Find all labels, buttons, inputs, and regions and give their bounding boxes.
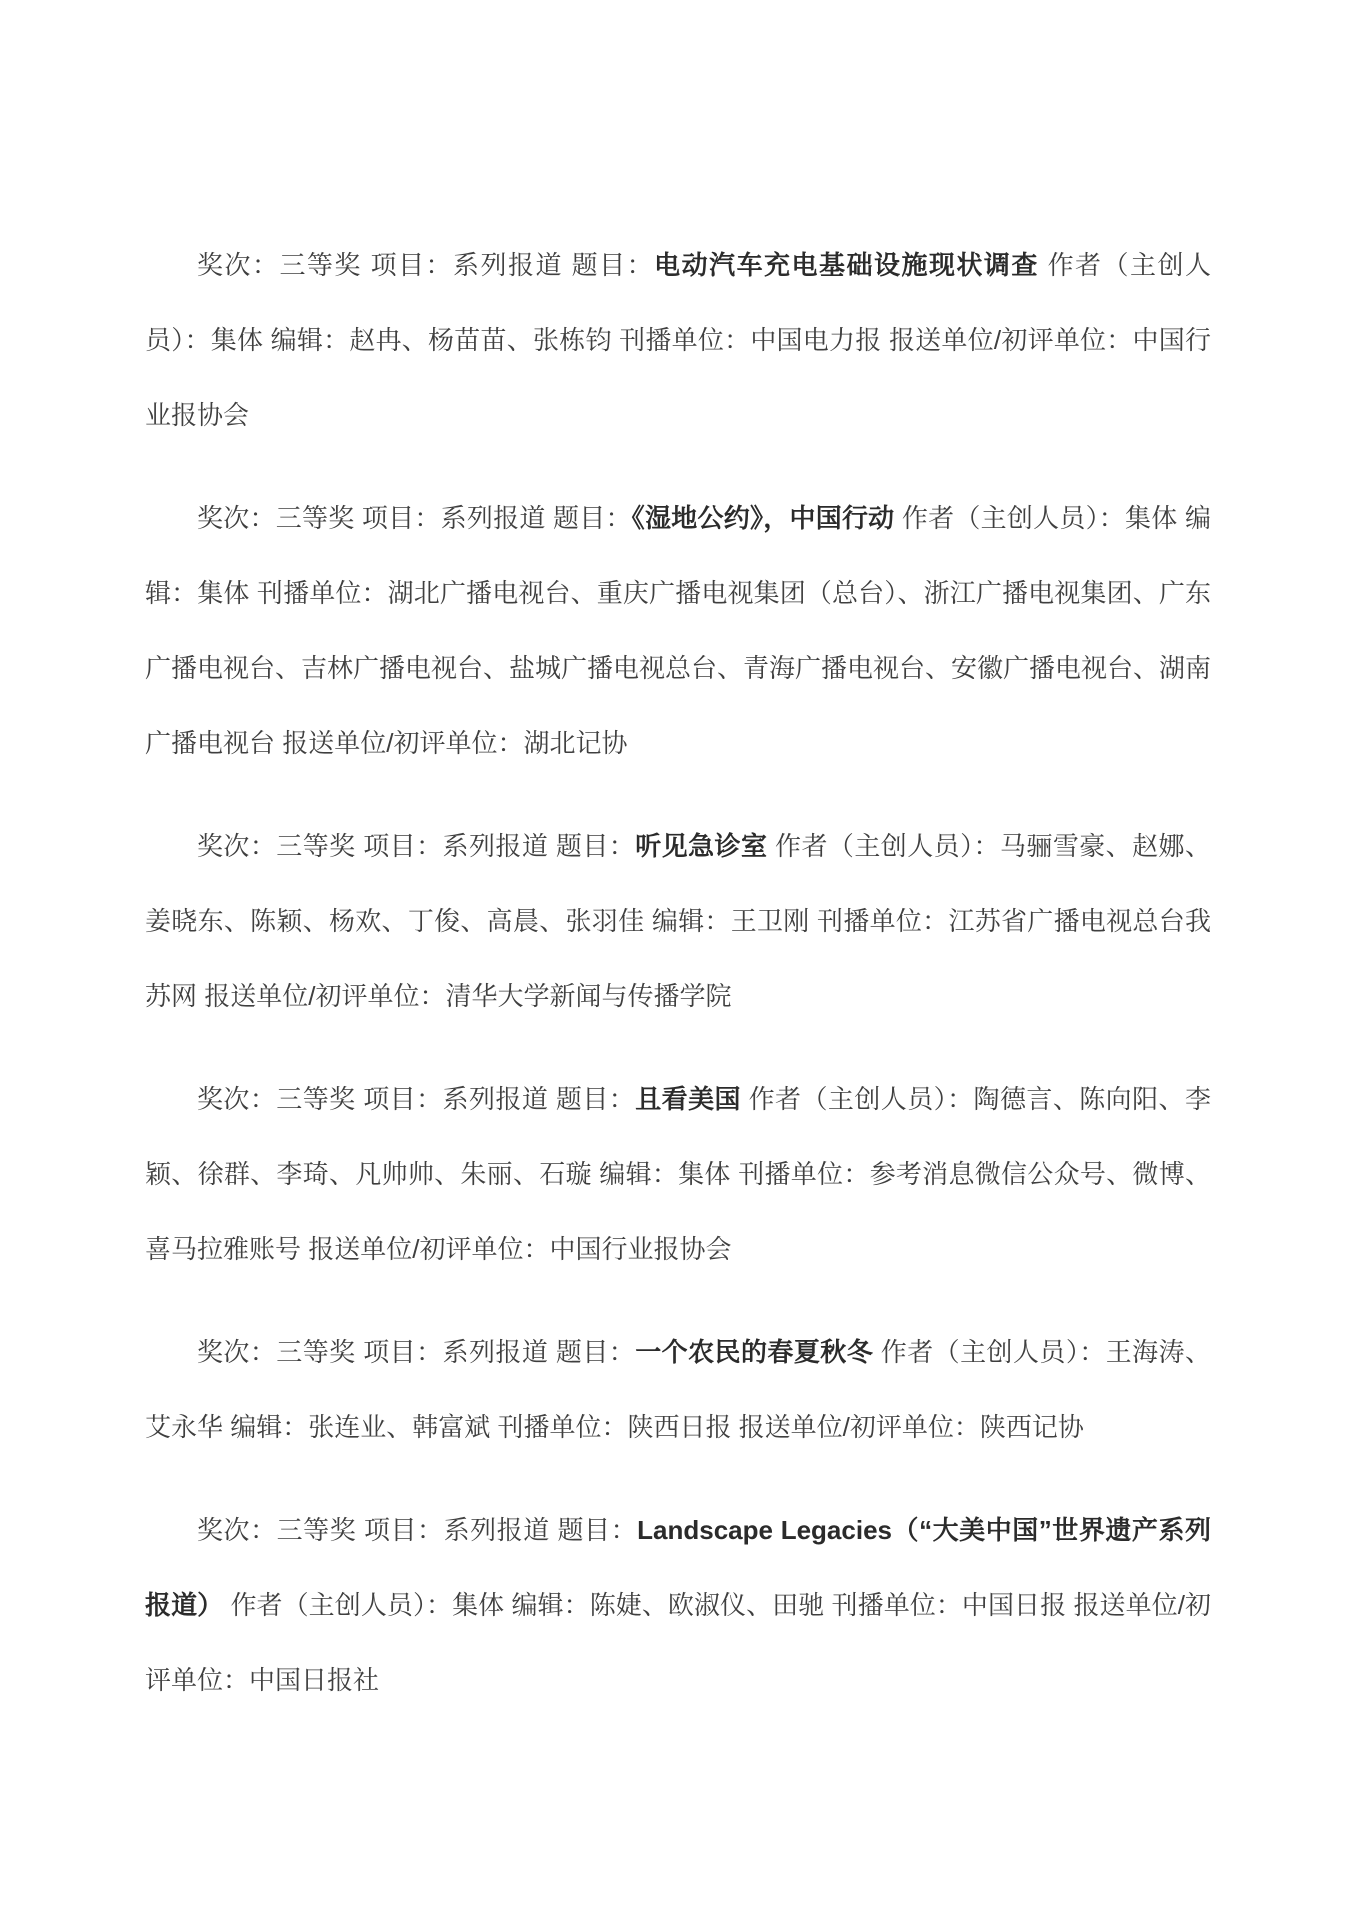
award-title-text: 《湿地公约》，中国行动: [632, 503, 895, 533]
award-entry-text: 奖次：三等奖 项目：系列报道 题目：: [197, 503, 632, 533]
award-title-text: 一个农民的春夏秋冬: [635, 1337, 873, 1367]
award-entry-text: 奖次：三等奖 项目：系列报道 题目：: [197, 1515, 637, 1545]
award-entry: 奖次：三等奖 项目：系列报道 题目：听见急诊室 作者（主创人员）：马骊雪豪、赵娜…: [145, 809, 1211, 1034]
award-entry: 奖次：三等奖 项目：系列报道 题目：Landscape Legacies（“大美…: [145, 1493, 1211, 1718]
award-entry-text: 奖次：三等奖 项目：系列报道 题目：: [197, 250, 654, 280]
award-entry: 奖次：三等奖 项目：系列报道 题目：一个农民的春夏秋冬 作者（主创人员）：王海涛…: [145, 1315, 1211, 1465]
document-page: 奖次：三等奖 项目：系列报道 题目：电动汽车充电基础设施现状调查 作者（主创人员…: [0, 0, 1350, 1910]
award-entry-text: 作者（主创人员）：集体 编辑：集体 刊播单位：湖北广播电视台、重庆广播电视集团（…: [145, 503, 1211, 758]
award-entry-text: 奖次：三等奖 项目：系列报道 题目：: [197, 1084, 635, 1114]
award-title-text: 且看美国: [635, 1084, 741, 1114]
award-entry-text: 奖次：三等奖 项目：系列报道 题目：: [197, 831, 635, 861]
award-entry-text: 奖次：三等奖 项目：系列报道 题目：: [197, 1337, 635, 1367]
award-entry: 奖次：三等奖 项目：系列报道 题目：电动汽车充电基础设施现状调查 作者（主创人员…: [145, 228, 1211, 453]
document-body: 奖次：三等奖 项目：系列报道 题目：电动汽车充电基础设施现状调查 作者（主创人员…: [145, 228, 1211, 1718]
award-entry-text: 作者（主创人员）：集体 编辑：陈婕、欧淑仪、田驰 刊播单位：中国日报 报送单位/…: [145, 1590, 1211, 1695]
award-entry: 奖次：三等奖 项目：系列报道 题目：且看美国 作者（主创人员）：陶德言、陈向阳、…: [145, 1062, 1211, 1287]
award-entry: 奖次：三等奖 项目：系列报道 题目：《湿地公约》，中国行动 作者（主创人员）：集…: [145, 481, 1211, 781]
award-title-text: 听见急诊室: [635, 831, 767, 861]
award-title-text: 电动汽车充电基础设施现状调查: [654, 250, 1039, 280]
